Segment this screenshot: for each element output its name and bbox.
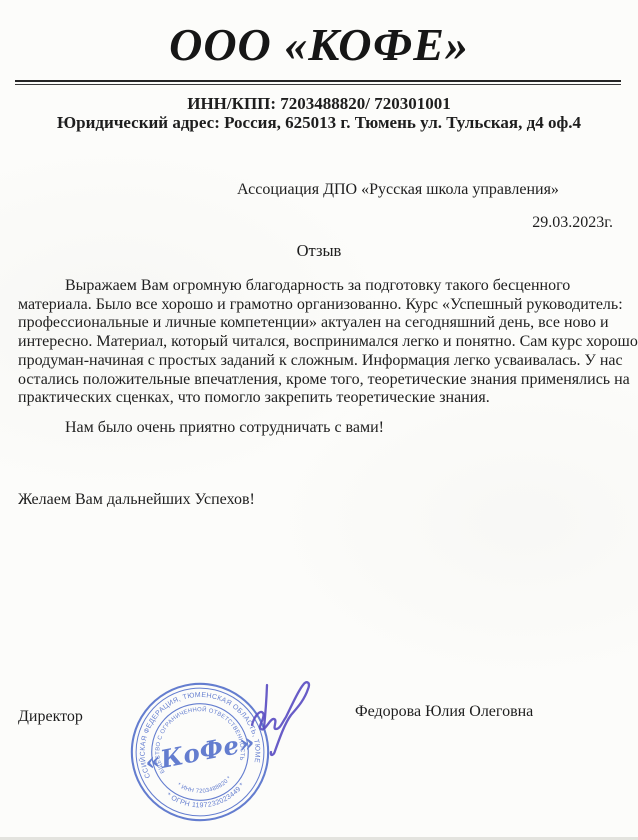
paragraph-line: материала. Было все хорошо и грамотно ор… [18, 296, 618, 315]
body-paragraph: Выражаем Вам огромную благодарность за п… [18, 277, 618, 408]
scanned-letter-page: ООО «КОФЕ» ИНН/КПП: 7203488820/ 72030100… [0, 0, 638, 840]
paragraph-line: Выражаем Вам огромную благодарность за п… [18, 277, 618, 296]
second-paragraph: Нам было очень приятно сотрудничать с ва… [18, 419, 618, 438]
document-title: Отзыв [0, 241, 638, 261]
signature-main-stroke [252, 682, 309, 755]
paragraph-line: интересно. Материал, который читался, во… [18, 333, 618, 352]
paragraph-line: профессиональные и личные компетенции» а… [18, 314, 618, 333]
recipient-line: Ассоциация ДПО «Русская школа управления… [237, 181, 559, 199]
position-title: Директор [18, 708, 83, 726]
inn-kpp-line: ИНН/КПП: 7203488820/ 720301001 [0, 94, 638, 114]
signature-tick-stroke [264, 685, 267, 728]
date-line: 29.03.2023г. [532, 214, 613, 232]
signer-name: Федорова Юлия Олеговна [355, 703, 533, 721]
paragraph-line: практических сценках, что помогло закреп… [18, 389, 618, 408]
letterhead-divider [15, 80, 621, 85]
legal-address-line: Юридический адрес: Россия, 625013 г. Тюм… [0, 113, 638, 133]
signature-scribble [230, 655, 320, 805]
stamp-inn-text: * ИНН 7203488820 * [175, 775, 234, 799]
closing-line: Желаем Вам дальнейших Успехов! [18, 491, 618, 510]
paragraph-line: остались положительные впечатления, кром… [18, 371, 618, 390]
paragraph-line: продуман-начиная с простых заданий к сло… [18, 352, 618, 371]
company-title: ООО «КОФЕ» [0, 18, 638, 71]
